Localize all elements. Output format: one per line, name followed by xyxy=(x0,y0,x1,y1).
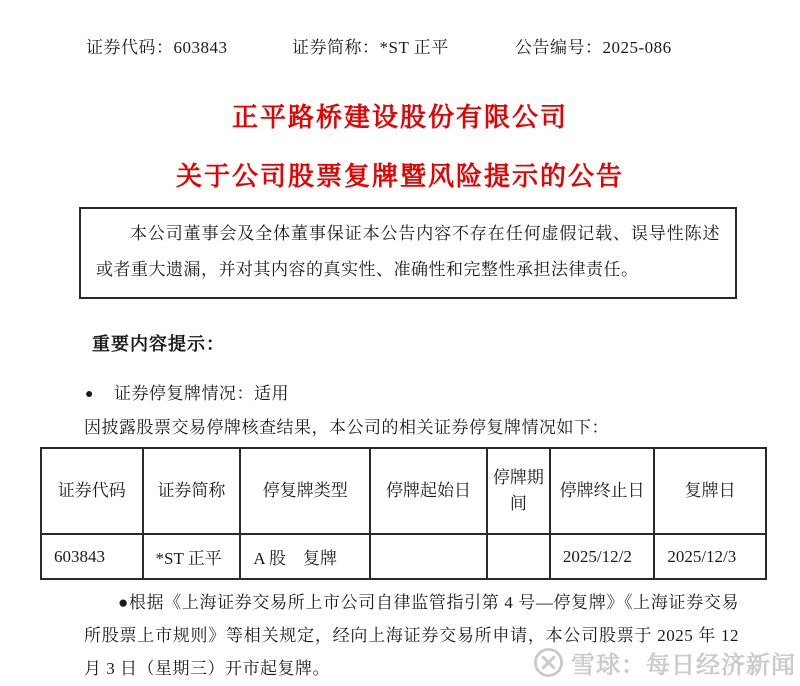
xueqiu-circle-x-icon xyxy=(533,647,564,678)
important-notice-heading: 重要内容提示： xyxy=(92,330,225,356)
header-cell-resume-date: 复牌日 xyxy=(654,448,766,534)
stock-abbreviation: 证券简称：*ST 正平 xyxy=(292,33,449,58)
suspension-status-text: 证券停复牌情况：适用 xyxy=(114,384,289,403)
stock-code: 证券代码：603843 xyxy=(86,33,228,58)
cell-type: A 股 复牌 xyxy=(240,534,370,579)
watermark-text: 雪球：每日经济新闻 xyxy=(571,645,796,680)
bullet-icon: ● xyxy=(85,387,94,402)
announcement-subject-title: 关于公司股票复牌暨风险提示的公告 xyxy=(0,156,800,193)
header-cell-period: 停牌期间 xyxy=(487,448,550,534)
announcement-document: 证券代码：603843 证券简称：*ST 正平 公告编号：2025-086 正平… xyxy=(0,0,800,686)
cell-end-date: 2025/12/2 xyxy=(550,534,654,579)
cell-resume-date: 2025/12/3 xyxy=(654,534,766,579)
company-title: 正平路桥建设股份有限公司 xyxy=(0,97,800,134)
header-cell-start-date: 停牌起始日 xyxy=(370,448,487,534)
header-cell-abbr: 证券简称 xyxy=(143,448,241,534)
table-intro-text: 因披露股票交易停牌核查结果，本公司的相关证券停复牌情况如下： xyxy=(84,413,609,438)
header-cell-end-date: 停牌终止日 xyxy=(550,448,654,534)
table-header-row: 证券代码 证券简称 停复牌类型 停牌起始日 停牌期间 停牌终止日 复牌日 xyxy=(41,448,766,534)
board-disclaimer-box: 本公司董事会及全体董事保证本公告内容不存在任何虚假记载、误导性陈述或者重大遗漏，… xyxy=(79,207,737,299)
header-cell-type: 停复牌类型 xyxy=(240,448,370,534)
suspension-resumption-table: 证券代码 证券简称 停复牌类型 停牌起始日 停牌期间 停牌终止日 复牌日 603… xyxy=(40,447,767,580)
suspension-status-bullet: ●证券停复牌情况：适用 xyxy=(85,379,289,404)
header-cell-code: 证券代码 xyxy=(41,448,143,534)
cell-abbr: *ST 正平 xyxy=(143,534,241,579)
cell-start-date xyxy=(370,534,487,579)
announcement-number: 公告编号：2025-086 xyxy=(515,33,672,58)
cell-period xyxy=(487,534,550,579)
table-data-row: 603843 *ST 正平 A 股 复牌 2025/12/2 2025/12/3 xyxy=(41,534,766,579)
watermark: 雪球：每日经济新闻 xyxy=(533,645,796,680)
cell-code: 603843 xyxy=(41,534,143,579)
